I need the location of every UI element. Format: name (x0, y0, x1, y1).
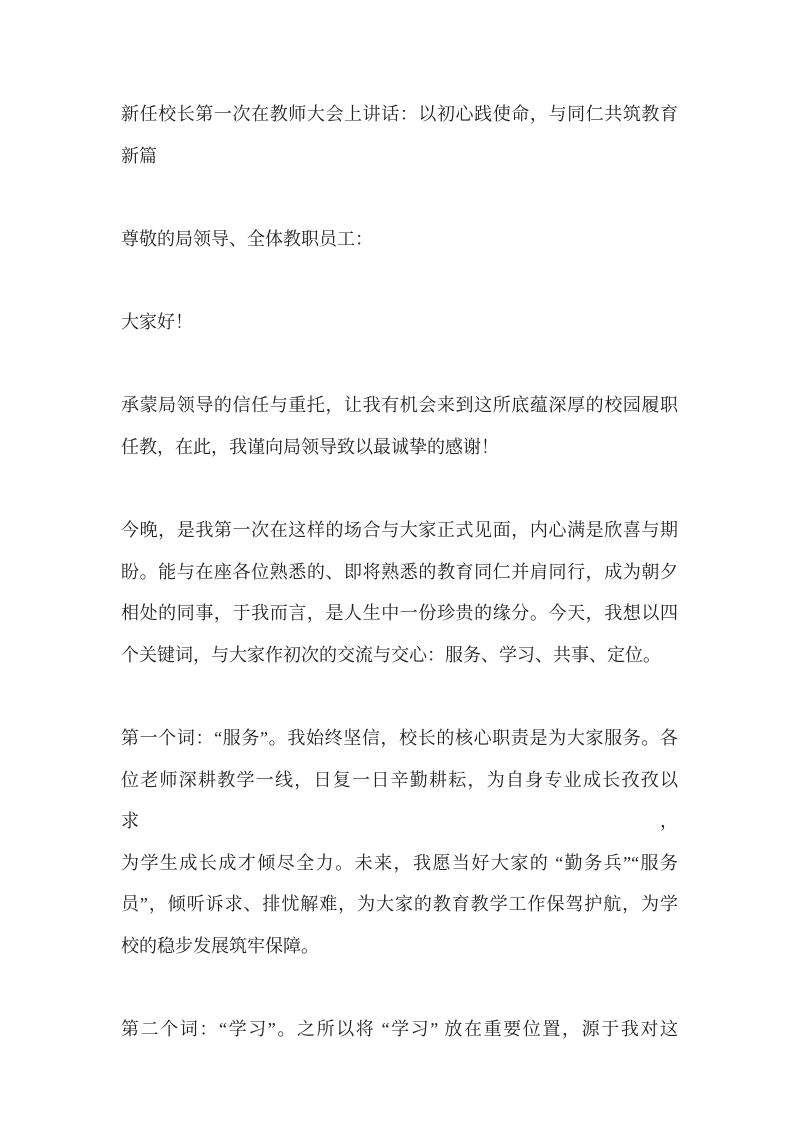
paragraph-line: 大家好！ (121, 302, 678, 344)
paragraph-thanks: 承蒙局领导的信任与重托，让我有机会来到这所底蕴深厚的校园履职 任教，在此，我谨向… (121, 385, 678, 468)
paragraph-keyword-learning: 第二个词：“学习”。之所以将 “学习” 放在重要位置，源于我对这 (121, 1009, 678, 1051)
paragraph-line: 尊敬的局领导、全体教职员工： (121, 219, 678, 261)
paragraph-line: 相处的同事，于我而言，是人生中一份珍贵的缘分。今天，我想以四 (121, 593, 678, 635)
document-title: 新任校长第一次在教师大会上讲话：以初心践使命，与同仁共筑教育 新篇 (121, 94, 678, 177)
paragraph-salutation: 尊敬的局领导、全体教职员工： (121, 219, 678, 261)
document-page: 新任校长第一次在教师大会上讲话：以初心践使命，与同仁共筑教育 新篇 尊敬的局领导… (0, 0, 793, 1122)
paragraph-line: 位老师深耕教学一线，日复一日辛勤耕耘，为自身专业成长孜孜以求， (121, 760, 678, 843)
paragraph-line: 个关键词，与大家作初次的交流与交心：服务、学习、共事、定位。 (121, 635, 678, 677)
paragraph-greeting: 大家好！ (121, 302, 678, 344)
title-line: 新篇 (121, 136, 678, 178)
paragraph-line: 第二个词：“学习”。之所以将 “学习” 放在重要位置，源于我对这 (121, 1009, 678, 1051)
paragraph-line: 任教，在此，我谨向局领导致以最诚挚的感谢！ (121, 427, 678, 469)
paragraph-line: 盼。能与在座各位熟悉的、即将熟悉的教育同仁并肩同行，成为朝夕 (121, 552, 678, 594)
paragraph-line: 第一个词：“服务”。我始终坚信，校长的核心职责是为大家服务。各 (121, 718, 678, 760)
paragraph-line: 校的稳步发展筑牢保障。 (121, 926, 678, 968)
paragraph-line: 员”，倾听诉求、排忧解难，为大家的教育教学工作保驾护航，为学 (121, 884, 678, 926)
paragraph-line: 今晚，是我第一次在这样的场合与大家正式见面，内心满是欣喜与期 (121, 510, 678, 552)
paragraph-introduction: 今晚，是我第一次在这样的场合与大家正式见面，内心满是欣喜与期 盼。能与在座各位熟… (121, 510, 678, 676)
title-line: 新任校长第一次在教师大会上讲话：以初心践使命，与同仁共筑教育 (121, 94, 678, 136)
paragraph-line: 为学生成长成才倾尽全力。未来，我愿当好大家的 “勤务兵”“服务 (121, 843, 678, 885)
paragraph-line: 承蒙局领导的信任与重托，让我有机会来到这所底蕴深厚的校园履职 (121, 385, 678, 427)
paragraph-keyword-service: 第一个词：“服务”。我始终坚信，校长的核心职责是为大家服务。各 位老师深耕教学一… (121, 718, 678, 968)
